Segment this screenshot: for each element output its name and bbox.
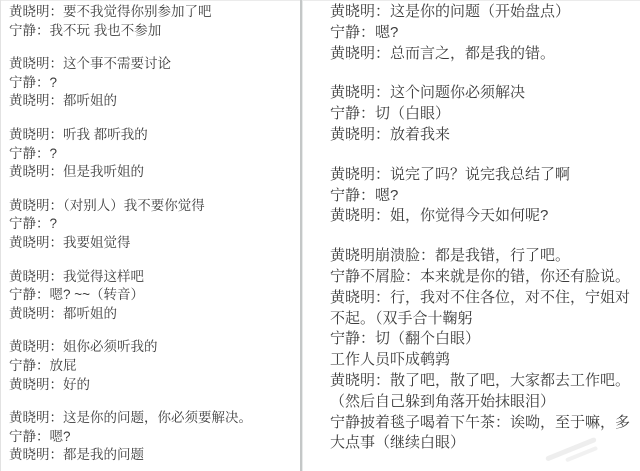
dialogue-line: 黄晓明：放着我来 xyxy=(330,125,632,146)
dialogue-paragraph: 黄晓明：说完了吗？说完我总结了啊宁静：嗯?黄晓明：姐，你觉得今天如何呢? xyxy=(330,165,632,227)
dialogue-paragraph: 黄晓明：这是你的问题（开始盘点）宁静：嗯?黄晓明：总而言之，都是我的错。 xyxy=(330,2,632,64)
dialogue-line: 黄晓明：好的 xyxy=(9,376,292,395)
dialogue-line: 黄晓明：说完了吗？说完我总结了啊 xyxy=(330,165,632,186)
dialogue-line: （然后自己躲到角落开始抹眼泪） xyxy=(330,392,632,413)
dialogue-column-left: 黄晓明：要不我觉得你别参加了吧宁静：我不玩 我也不参加黄晓明：这个事不需要讨论宁… xyxy=(1,0,300,471)
dialogue-line: 黄晓明：（对别人）我不要你觉得 xyxy=(9,197,292,216)
dialogue-line: 黄晓明：这是你的问题（开始盘点） xyxy=(330,2,632,23)
dialogue-paragraph: 黄晓明：要不我觉得你别参加了吧宁静：我不玩 我也不参加 xyxy=(9,3,292,40)
dialogue-line: 宁静：嗯? xyxy=(330,186,632,207)
dialogue-line: 黄晓明：姐，你觉得今天如何呢? xyxy=(330,206,632,227)
dialogue-line: 黄晓明：要不我觉得你别参加了吧 xyxy=(9,3,292,22)
dialogue-line: 黄晓明：这是你的问题，你必须要解决。 xyxy=(9,409,292,428)
dialogue-line: 宁静：? xyxy=(9,145,292,164)
dialogue-line: 宁静：? xyxy=(9,74,292,93)
dialogue-line: 黄晓明：散了吧，散了吧，大家都去工作吧。 xyxy=(330,371,632,392)
dialogue-line: 黄晓明：行，我对不住各位，对不住，宁姐对不起。（双手合十鞠躬 xyxy=(330,288,632,330)
dialogue-column-right: 黄晓明：这是你的问题（开始盘点）宁静：嗯?黄晓明：总而言之，都是我的错。黄晓明：… xyxy=(303,0,640,471)
dialogue-line: 宁静：我不玩 我也不参加 xyxy=(9,22,292,41)
dialogue-line: 黄晓明：这个问题你必须解决 xyxy=(330,83,632,104)
dialogue-line: 黄晓明：姐你必须听我的 xyxy=(9,338,292,357)
dialogue-line: 黄晓明：我觉得这样吧 xyxy=(9,268,292,287)
dialogue-line: 宁静：嗯? xyxy=(9,428,292,447)
dialogue-paragraph: 黄晓明：这是你的问题，你必须要解决。宁静：嗯?黄晓明：都是我的问题 xyxy=(9,409,292,465)
dialogue-line: 工作人员吓成鹌鹑 xyxy=(330,350,632,371)
dialogue-line: 黄晓明：我要姐觉得 xyxy=(9,234,292,253)
dialogue-line: 宁静不屑脸：本来就是你的错，你还有脸说。 xyxy=(330,267,632,288)
dialogue-paragraph: 黄晓明：我觉得这样吧宁静：嗯? ~~（转音）黄晓明：都听姐的 xyxy=(9,268,292,324)
dialogue-paragraph: 黄晓明：（对别人）我不要你觉得宁静：?黄晓明：我要姐觉得 xyxy=(9,197,292,253)
dialogue-line: 黄晓明：这个事不需要讨论 xyxy=(9,55,292,74)
dialogue-paragraph: 黄晓明：听我 都听我的宁静：?黄晓明：但是我听姐的 xyxy=(9,126,292,182)
dialogue-line: 黄晓明：都听姐的 xyxy=(9,305,292,324)
dialogue-paragraph: 黄晓明：姐你必须听我的宁静：放屁黄晓明：好的 xyxy=(9,338,292,394)
dialogue-line: 宁静：切（白眼） xyxy=(330,104,632,125)
dialogue-paragraph: 黄晓明崩溃脸：都是我错，行了吧。宁静不屑脸：本来就是你的错，你还有脸说。黄晓明：… xyxy=(330,246,632,454)
dialogue-line: 宁静：放屁 xyxy=(9,357,292,376)
dialogue-line: 宁静：? xyxy=(9,215,292,234)
dialogue-line: 黄晓明：总而言之，都是我的错。 xyxy=(330,44,632,65)
dialogue-line: 黄晓明：听我 都听我的 xyxy=(9,126,292,145)
dialogue-line: 黄晓明崩溃脸：都是我错，行了吧。 xyxy=(330,246,632,267)
dialogue-transcript-page: 黄晓明：要不我觉得你别参加了吧宁静：我不玩 我也不参加黄晓明：这个事不需要讨论宁… xyxy=(0,0,640,471)
dialogue-line: 宁静：切（翻个白眼） xyxy=(330,329,632,350)
dialogue-line: 黄晓明：但是我听姐的 xyxy=(9,163,292,182)
dialogue-line: 宁静：嗯? ~~（转音） xyxy=(9,286,292,305)
dialogue-line: 宁静：嗯? xyxy=(330,23,632,44)
dialogue-paragraph: 黄晓明：这个问题你必须解决宁静：切（白眼）黄晓明：放着我来 xyxy=(330,83,632,145)
dialogue-line: 宁静披着毯子喝着下午茶：诶呦，至于嘛，多大点事（继续白眼） xyxy=(330,413,632,455)
dialogue-paragraph: 黄晓明：这个事不需要讨论宁静：?黄晓明：都听姐的 xyxy=(9,55,292,111)
dialogue-line: 黄晓明：都听姐的 xyxy=(9,92,292,111)
dialogue-line: 黄晓明：都是我的问题 xyxy=(9,446,292,465)
